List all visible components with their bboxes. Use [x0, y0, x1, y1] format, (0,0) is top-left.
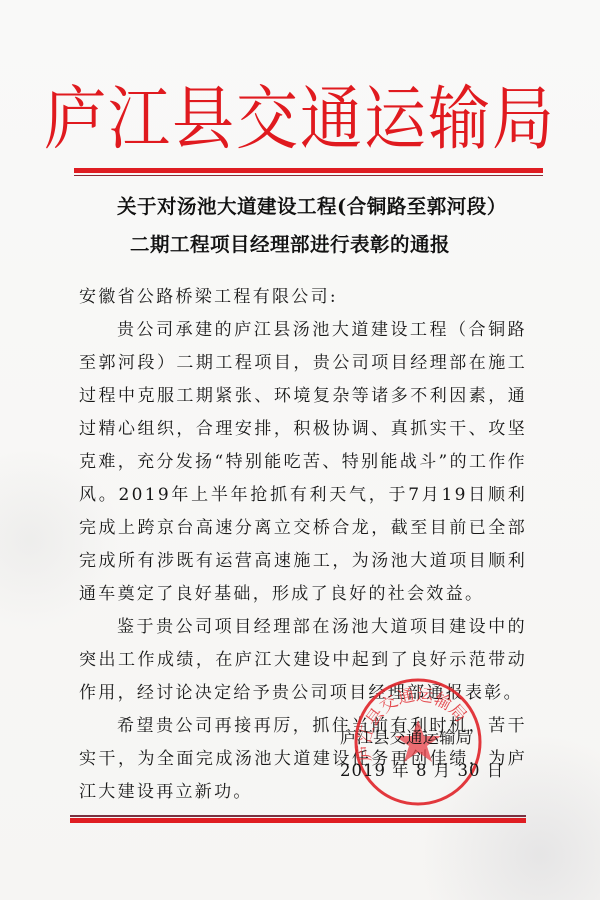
signature-block: 庐江县交通运输局 2019 年 8 月 30 日 — [340, 721, 504, 787]
issuer-name: 庐江县交通运输局 — [340, 721, 504, 754]
document-title-line-2: 二期工程项目经理部进行表彰的通报 — [0, 226, 600, 264]
footer-rule-thin — [70, 815, 526, 817]
red-rule-thick — [74, 168, 543, 173]
issue-date: 2019 年 8 月 30 日 — [340, 754, 504, 787]
footer-rule-thick — [70, 818, 526, 823]
document-title: 关于对汤池大道建设工程(合铜路至郭河段） 二期工程项目经理部进行表彰的通报 — [0, 188, 600, 264]
paragraph-achievements: 贵公司承建的庐江县汤池大道建设工程（合铜路至郭河段）二期工程项目，贵公司项目经理… — [79, 314, 527, 611]
letterhead-organization: 庐江县交通运输局 — [0, 80, 600, 161]
document-title-line-1: 关于对汤池大道建设工程(合铜路至郭河段） — [0, 188, 600, 226]
addressee: 安徽省公路桥梁工程有限公司: — [79, 281, 527, 314]
red-rule-thin — [74, 175, 543, 177]
footer-red-rule — [70, 815, 526, 823]
letterhead-red-rule — [74, 168, 543, 176]
